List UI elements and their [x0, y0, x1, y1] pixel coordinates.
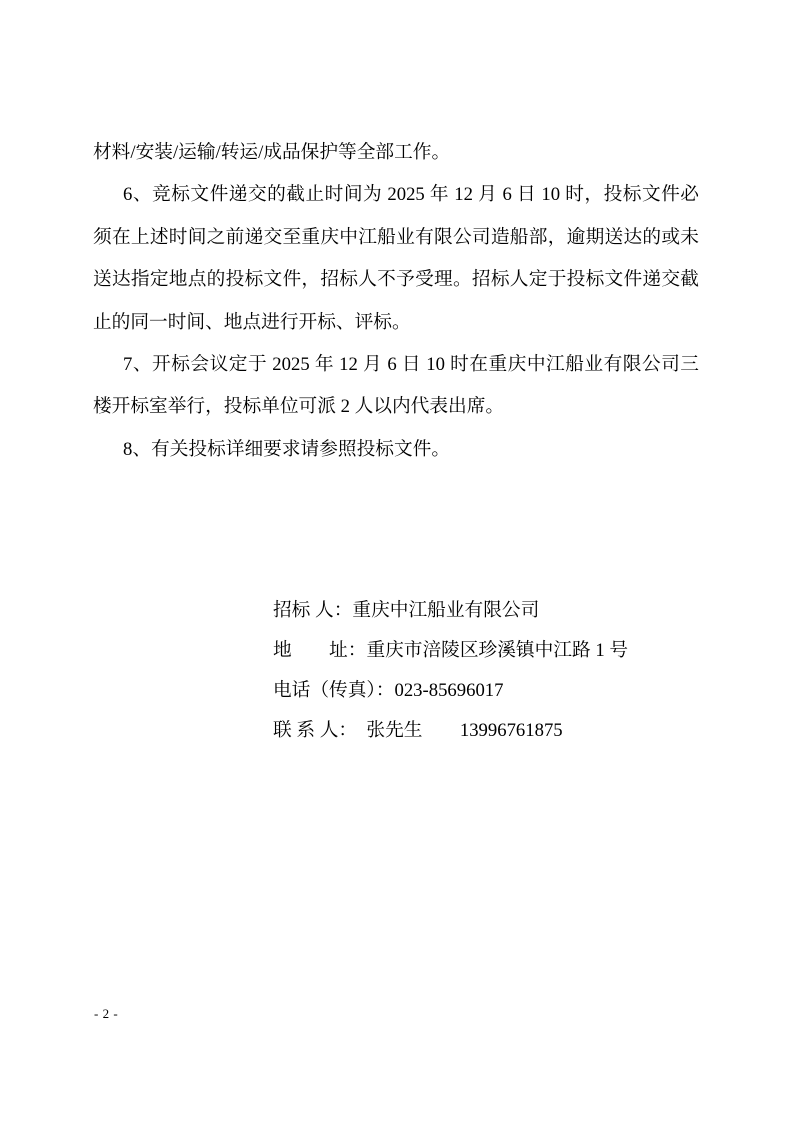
text-line: 须在上述时间之前递交至重庆中江船业有限公司造船部，逾期送达的或未 [93, 217, 699, 259]
text-line: 材料/安装/运输/转运/成品保护等全部工作。 [93, 132, 699, 174]
contact-value: 张先生 13996761875 [348, 720, 563, 741]
contact-label: 电话（传真）： [273, 680, 394, 701]
contact-label: 地 址： [273, 640, 366, 661]
contact-row: 联 系 人： 张先生 13996761875 [273, 711, 628, 751]
text-line: 止的同一时间、地点进行开标、评标。 [93, 302, 699, 344]
paragraph: 6、竞标文件递交的截止时间为 2025 年 12 月 6 日 10 时，投标文件… [93, 174, 699, 344]
contact-label: 联 系 人： [273, 720, 348, 741]
document-page: 材料/安装/运输/转运/成品保护等全部工作。6、竞标文件递交的截止时间为 202… [0, 0, 793, 1122]
contact-value: 023-85696017 [394, 680, 503, 701]
contact-block: 招标 人：重庆中江船业有限公司地 址：重庆市涪陵区珍溪镇中江路 1 号电话（传真… [273, 591, 628, 751]
contact-value: 重庆市涪陵区珍溪镇中江路 1 号 [366, 640, 628, 661]
document-body: 材料/安装/运输/转运/成品保护等全部工作。6、竞标文件递交的截止时间为 202… [93, 132, 699, 471]
contact-label: 招标 人： [273, 600, 352, 621]
text-line: 楼开标室举行，投标单位可派 2 人以内代表出席。 [93, 386, 699, 428]
text-line: 7、开标会议定于 2025 年 12 月 6 日 10 时在重庆中江船业有限公司… [93, 344, 699, 386]
contact-row: 地 址：重庆市涪陵区珍溪镇中江路 1 号 [273, 631, 628, 671]
contact-value: 重庆中江船业有限公司 [352, 600, 539, 621]
text-line: 6、竞标文件递交的截止时间为 2025 年 12 月 6 日 10 时，投标文件… [93, 174, 699, 216]
contact-row: 招标 人：重庆中江船业有限公司 [273, 591, 628, 631]
page-number: - 2 - [94, 1006, 118, 1021]
paragraph: 7、开标会议定于 2025 年 12 月 6 日 10 时在重庆中江船业有限公司… [93, 344, 699, 429]
text-line: 送达指定地点的投标文件，招标人不予受理。招标人定于投标文件递交截 [93, 259, 699, 301]
page-footer: - 2 - [94, 1006, 118, 1021]
paragraph: 材料/安装/运输/转运/成品保护等全部工作。 [93, 132, 699, 174]
contact-row: 电话（传真）：023-85696017 [273, 671, 628, 711]
paragraph: 8、有关投标详细要求请参照投标文件。 [93, 429, 699, 471]
text-line: 8、有关投标详细要求请参照投标文件。 [93, 429, 699, 471]
